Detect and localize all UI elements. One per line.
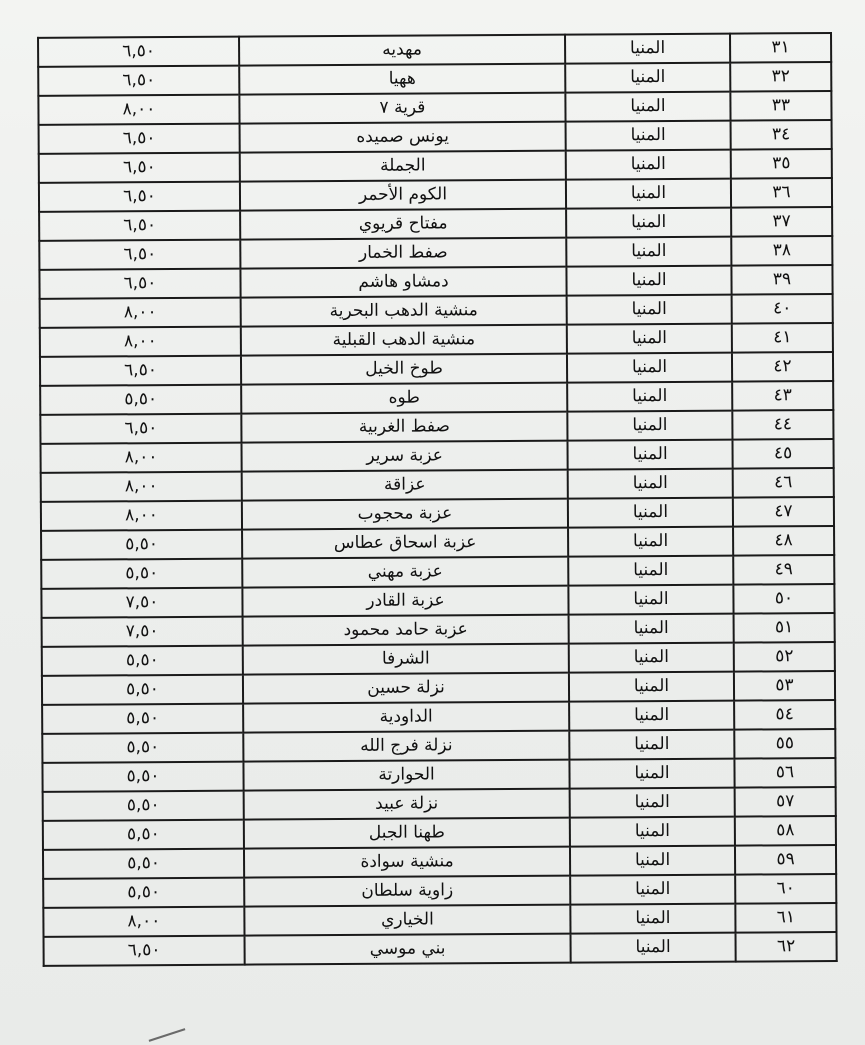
region-cell: المنيا — [569, 730, 734, 760]
value-cell: ٦,٥٠ — [40, 414, 241, 444]
village-name-cell: نزلة فرج الله — [243, 731, 569, 762]
row-number-cell: ٣٥ — [731, 149, 832, 179]
row-number-cell: ٦٢ — [735, 932, 836, 962]
village-name-cell: عزبة اسحاق عطاس — [242, 528, 568, 559]
region-cell: المنيا — [566, 179, 731, 209]
region-cell: المنيا — [570, 875, 735, 905]
row-number-cell: ٤٥ — [732, 439, 833, 469]
document-page: ٣١ المنيا مهديه ٦,٥٠ ٣٢ المنيا ههيا ٦,٥٠… — [0, 0, 865, 1045]
value-cell: ٥,٥٠ — [42, 646, 243, 676]
value-cell: ٥,٥٠ — [42, 762, 243, 792]
row-number-cell: ٦٠ — [735, 874, 836, 904]
value-cell: ٥,٥٠ — [41, 530, 242, 560]
row-number-cell: ٥٦ — [734, 758, 835, 788]
value-cell: ٨,٠٠ — [40, 327, 241, 357]
region-cell: المنيا — [568, 527, 733, 557]
region-cell: المنيا — [571, 933, 736, 963]
village-name-cell: الخياري — [244, 905, 570, 936]
village-name-cell: مهديه — [239, 35, 565, 66]
region-cell: المنيا — [566, 266, 731, 296]
region-cell: المنيا — [569, 672, 734, 702]
value-cell: ٨,٠٠ — [38, 95, 239, 125]
village-name-cell: قرية ٧ — [239, 93, 565, 124]
village-name-cell: الداودية — [243, 702, 569, 733]
village-name-cell: منشية الدهب البحرية — [241, 296, 567, 327]
village-name-cell: عزاقة — [242, 470, 568, 501]
village-name-cell: عزبة محجوب — [242, 499, 568, 530]
region-cell: المنيا — [565, 34, 730, 64]
row-number-cell: ٤٩ — [733, 555, 834, 585]
row-number-cell: ٥٩ — [735, 845, 836, 875]
row-number-cell: ٤٢ — [732, 352, 833, 382]
region-cell: المنيا — [565, 63, 730, 93]
region-cell: المنيا — [566, 121, 731, 151]
value-cell: ٥,٥٠ — [43, 820, 244, 850]
value-cell: ٧,٥٠ — [42, 617, 243, 647]
region-cell: المنيا — [569, 643, 734, 673]
value-cell: ٦,٥٠ — [39, 153, 240, 183]
value-cell: ٨,٠٠ — [41, 501, 242, 531]
region-cell: المنيا — [570, 846, 735, 876]
row-number-cell: ٥٣ — [734, 671, 835, 701]
region-cell: المنيا — [569, 759, 734, 789]
village-name-cell: صفط الغربية — [241, 412, 567, 443]
table-row: ٦٢ المنيا بني موسي ٦,٥٠ — [44, 932, 837, 966]
row-number-cell: ٥٢ — [734, 642, 835, 672]
row-number-cell: ٣٧ — [731, 207, 832, 237]
value-cell: ٦,٥٠ — [38, 37, 239, 67]
region-cell: المنيا — [566, 150, 731, 180]
value-cell: ٨,٠٠ — [41, 443, 242, 473]
region-cell: المنيا — [568, 498, 733, 528]
region-cell: المنيا — [567, 353, 732, 383]
row-number-cell: ٤٤ — [732, 410, 833, 440]
row-number-cell: ٣٤ — [731, 120, 832, 150]
row-number-cell: ٣٨ — [731, 236, 832, 266]
value-cell: ٥,٥٠ — [43, 791, 244, 821]
row-number-cell: ٣٦ — [731, 178, 832, 208]
value-cell: ٦,٥٠ — [39, 240, 240, 270]
villages-table: ٣١ المنيا مهديه ٦,٥٠ ٣٢ المنيا ههيا ٦,٥٠… — [37, 32, 838, 967]
village-name-cell: دمشاو هاشم — [240, 267, 566, 298]
region-cell: المنيا — [566, 237, 731, 267]
village-name-cell: الحوارتة — [243, 760, 569, 791]
value-cell: ٦,٥٠ — [39, 211, 240, 241]
village-name-cell: طهنا الجبل — [244, 818, 570, 849]
village-name-cell: صفط الخمار — [240, 238, 566, 269]
village-name-cell: ههيا — [239, 64, 565, 95]
value-cell: ٥,٥٠ — [43, 849, 244, 879]
row-number-cell: ٤٨ — [733, 526, 834, 556]
value-cell: ٥,٥٠ — [41, 559, 242, 589]
row-number-cell: ٥٥ — [734, 729, 835, 759]
value-cell: ٥,٥٠ — [42, 704, 243, 734]
row-number-cell: ٣٣ — [730, 91, 831, 121]
row-number-cell: ٥١ — [734, 613, 835, 643]
row-number-cell: ٤٣ — [732, 381, 833, 411]
row-number-cell: ٣٢ — [730, 62, 831, 92]
village-name-cell: منشية الدهب القبلية — [241, 325, 567, 356]
value-cell: ٦,٥٠ — [39, 124, 240, 154]
row-number-cell: ٤٧ — [733, 497, 834, 527]
village-name-cell: عزبة سرير — [241, 441, 567, 472]
village-name-cell: نزلة عبيد — [244, 789, 570, 820]
value-cell: ٨,٠٠ — [41, 472, 242, 502]
village-name-cell: طوه — [241, 383, 567, 414]
row-number-cell: ٤٦ — [733, 468, 834, 498]
value-cell: ٥,٥٠ — [42, 733, 243, 763]
row-number-cell: ٥٤ — [734, 700, 835, 730]
village-name-cell: منشية سوادة — [244, 847, 570, 878]
village-name-cell: نزلة حسين — [243, 673, 569, 704]
village-name-cell: يونس صميده — [240, 122, 566, 153]
village-name-cell: زاوية سلطان — [244, 876, 570, 907]
value-cell: ٨,٠٠ — [40, 298, 241, 328]
row-number-cell: ٤١ — [732, 323, 833, 353]
village-name-cell: عزبة مهني — [242, 557, 568, 588]
region-cell: المنيا — [569, 701, 734, 731]
village-name-cell: بني موسي — [245, 934, 571, 965]
value-cell: ٥,٥٠ — [43, 878, 244, 908]
region-cell: المنيا — [568, 556, 733, 586]
value-cell: ٨,٠٠ — [43, 907, 244, 937]
pen-mark — [149, 1028, 186, 1042]
region-cell: المنيا — [568, 469, 733, 499]
region-cell: المنيا — [565, 92, 730, 122]
row-number-cell: ٤٠ — [732, 294, 833, 324]
value-cell: ٦,٥٠ — [39, 182, 240, 212]
village-name-cell: عزبة حامد محمود — [243, 615, 569, 646]
region-cell: المنيا — [566, 208, 731, 238]
region-cell: المنيا — [567, 324, 732, 354]
value-cell: ٥,٥٠ — [40, 385, 241, 415]
row-number-cell: ٥٨ — [735, 816, 836, 846]
village-name-cell: عزبة القادر — [242, 586, 568, 617]
region-cell: المنيا — [568, 585, 733, 615]
village-name-cell: الجملة — [240, 151, 566, 182]
table-body: ٣١ المنيا مهديه ٦,٥٠ ٣٢ المنيا ههيا ٦,٥٠… — [38, 33, 837, 966]
village-name-cell: الشرفا — [243, 644, 569, 675]
region-cell: المنيا — [567, 295, 732, 325]
value-cell: ٦,٥٠ — [40, 356, 241, 386]
row-number-cell: ٥٠ — [733, 584, 834, 614]
value-cell: ٥,٥٠ — [42, 675, 243, 705]
region-cell: المنيا — [567, 382, 732, 412]
region-cell: المنيا — [570, 904, 735, 934]
region-cell: المنيا — [570, 817, 735, 847]
row-number-cell: ٣١ — [730, 33, 831, 63]
region-cell: المنيا — [567, 411, 732, 441]
value-cell: ٦,٥٠ — [44, 936, 245, 966]
region-cell: المنيا — [567, 440, 732, 470]
region-cell: المنيا — [570, 788, 735, 818]
value-cell: ٦,٥٠ — [39, 269, 240, 299]
value-cell: ٧,٥٠ — [41, 588, 242, 618]
row-number-cell: ٣٩ — [731, 265, 832, 295]
value-cell: ٦,٥٠ — [38, 66, 239, 96]
row-number-cell: ٦١ — [735, 903, 836, 933]
region-cell: المنيا — [569, 614, 734, 644]
village-name-cell: الكوم الأحمر — [240, 180, 566, 211]
village-name-cell: مفتاح قريوي — [240, 209, 566, 240]
village-name-cell: طوخ الخيل — [241, 354, 567, 385]
row-number-cell: ٥٧ — [735, 787, 836, 817]
